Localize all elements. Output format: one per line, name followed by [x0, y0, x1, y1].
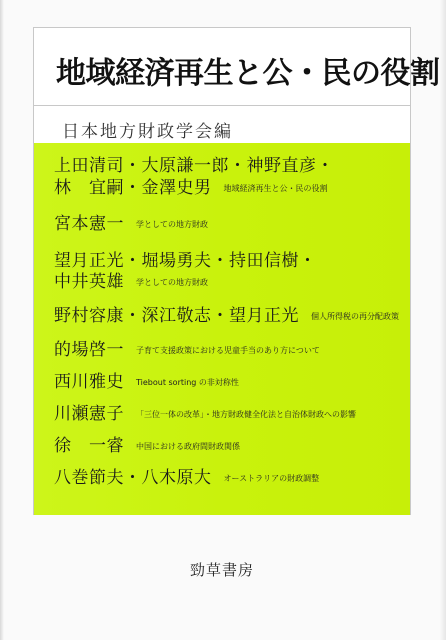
- contents-entry-7: 川瀬憲子「三位一体の改革」・地方財政健全化法と自治体財政への影響: [54, 399, 356, 424]
- entry-authors: 宮本憲一: [54, 214, 124, 234]
- editor-credit: 日本地方財政学会編: [62, 117, 233, 142]
- title-panel: 地域経済再生と公・民の役割: [34, 28, 410, 106]
- contents-entry-2: 宮本憲一学としての地方財政: [54, 209, 208, 234]
- page-edge-right: [440, 0, 446, 640]
- entry-authors: 川瀬憲子: [54, 404, 124, 424]
- entry-chapter-title: 学としての地方財政: [136, 278, 208, 287]
- book-cover-frame: 地域経済再生と公・民の役割 日本地方財政学会編 上田清司・大原謙一郎・神野直彦・…: [33, 27, 411, 515]
- contents-entry-1: 林 宜嗣・金澤史男地域経済再生と公・民の役割: [54, 173, 328, 198]
- entry-authors: 林 宜嗣・金澤史男: [54, 178, 212, 198]
- publisher-name: 勁草書房: [34, 559, 410, 580]
- contents-entry-8: 徐 一睿中国における政府間財政関係: [54, 431, 240, 456]
- entry-authors: 中井英雄: [54, 272, 124, 292]
- entry-chapter-title: オーストラリアの財政調整: [224, 474, 320, 483]
- entry-authors: 西川雅史: [54, 372, 124, 392]
- contents-entry-3: 中井英雄学としての地方財政: [54, 267, 208, 292]
- contents-entry-6: 西川雅史Tiebout sorting の非対称性: [54, 367, 239, 392]
- entry-chapter-title: 学としての地方財政: [136, 220, 208, 229]
- entry-authors: 野村容康・深江敬志・望月正光: [54, 306, 299, 326]
- entry-authors: 的場啓一: [54, 340, 124, 360]
- entry-chapter-title: 子育て支援政策における児童手当のあり方について: [136, 346, 320, 355]
- contents-entry-9: 八巻節夫・八木原大オーストラリアの財政調整: [54, 463, 319, 488]
- entry-chapter-title: 「三位一体の改革」・地方財政健全化法と自治体財政への影響: [136, 410, 356, 419]
- book-title: 地域経済再生と公・民の役割: [56, 48, 440, 92]
- contents-entry-5: 的場啓一子育て支援政策における児童手当のあり方について: [54, 335, 320, 360]
- entry-chapter-title: 中国における政府間財政関係: [136, 442, 240, 451]
- page-edge-left: [0, 0, 4, 640]
- entry-chapter-title: 個人所得税の再分配政策: [311, 312, 399, 321]
- entry-authors: 徐 一睿: [54, 436, 124, 456]
- contents-entry-4: 野村容康・深江敬志・望月正光個人所得税の再分配政策: [54, 301, 399, 326]
- entry-authors: 八巻節夫・八木原大: [54, 468, 212, 488]
- entry-chapter-title: 地域経済再生と公・民の役割: [224, 184, 328, 193]
- contents-panel: 上田清司・大原謙一郎・神野直彦・ 林 宜嗣・金澤史男地域経済再生と公・民の役割 …: [34, 143, 410, 515]
- entry-chapter-title: Tiebout sorting の非対称性: [136, 378, 239, 387]
